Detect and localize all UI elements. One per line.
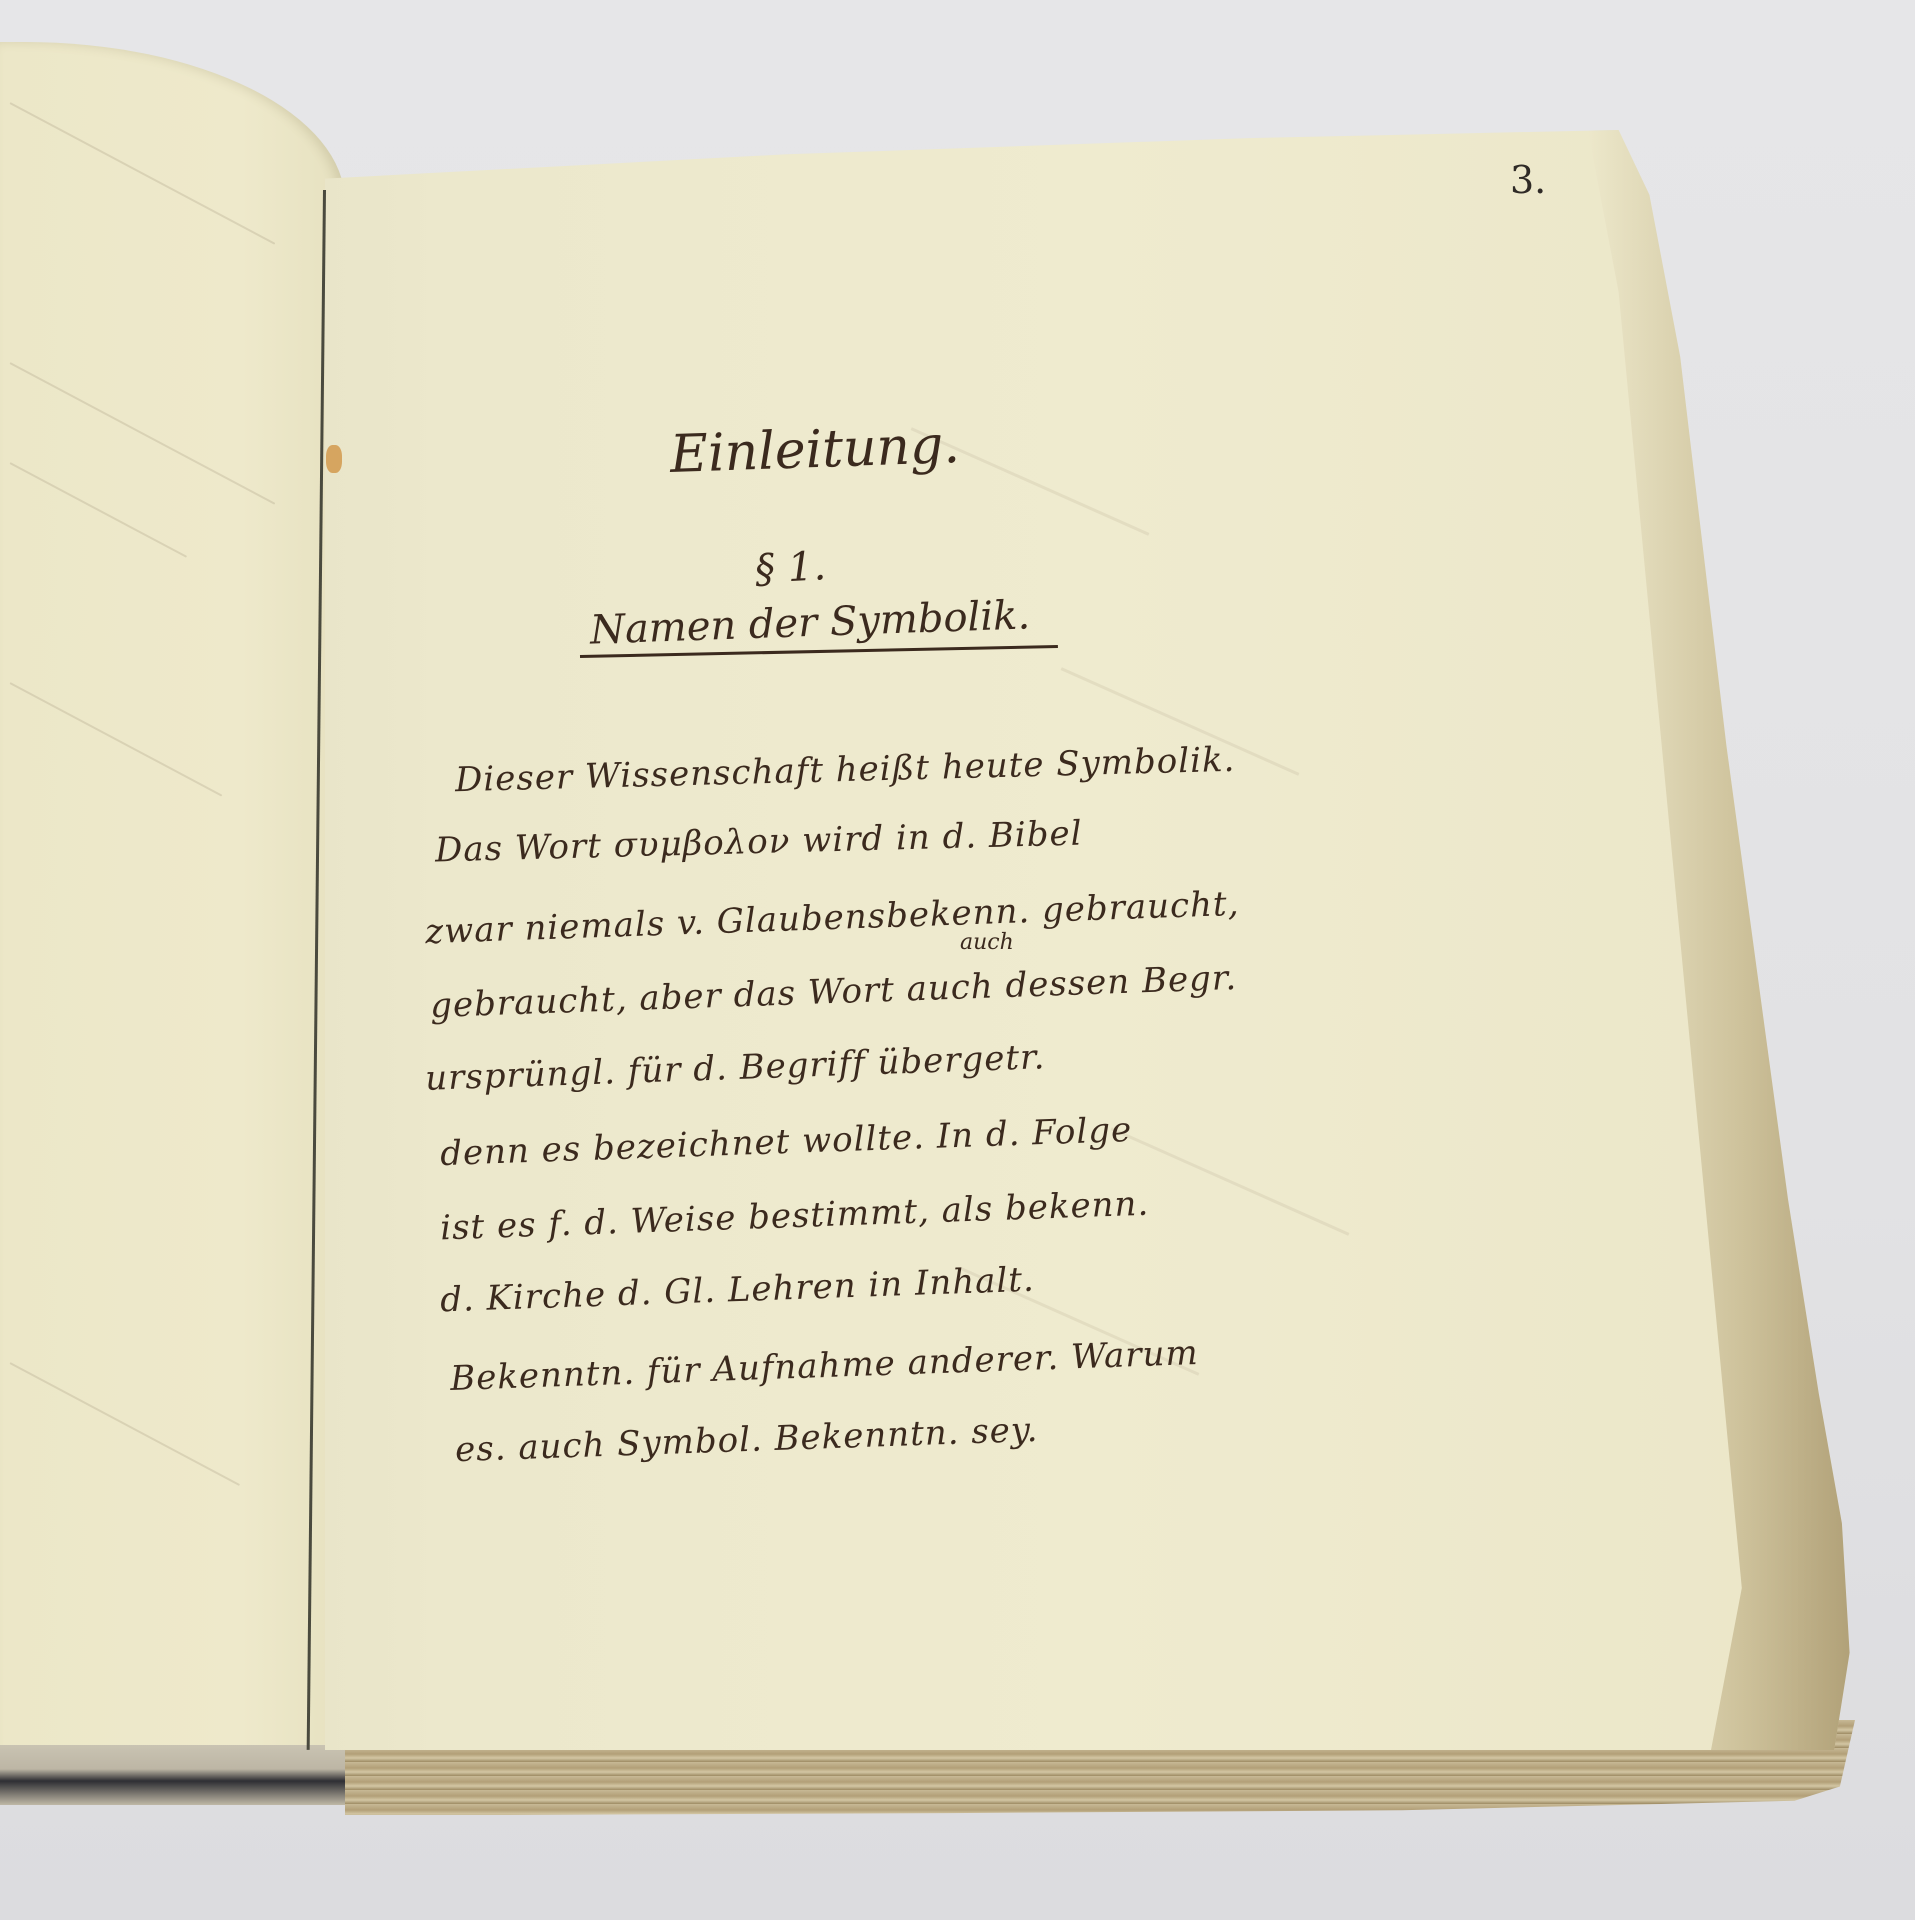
spine-stain — [326, 445, 342, 473]
left-page — [0, 42, 345, 1762]
bleed-through-mark — [10, 1362, 241, 1486]
bleed-through-mark — [10, 102, 276, 245]
bleed-through-mark — [10, 462, 188, 558]
book-cover-edge — [0, 1745, 345, 1805]
page-number: 3. — [1510, 158, 1546, 202]
bleed-through-mark — [10, 682, 223, 796]
section-number: § 1. — [754, 543, 827, 593]
page-heading: Einleitung. — [669, 415, 961, 485]
superscript-insertion: auch — [960, 930, 1014, 955]
